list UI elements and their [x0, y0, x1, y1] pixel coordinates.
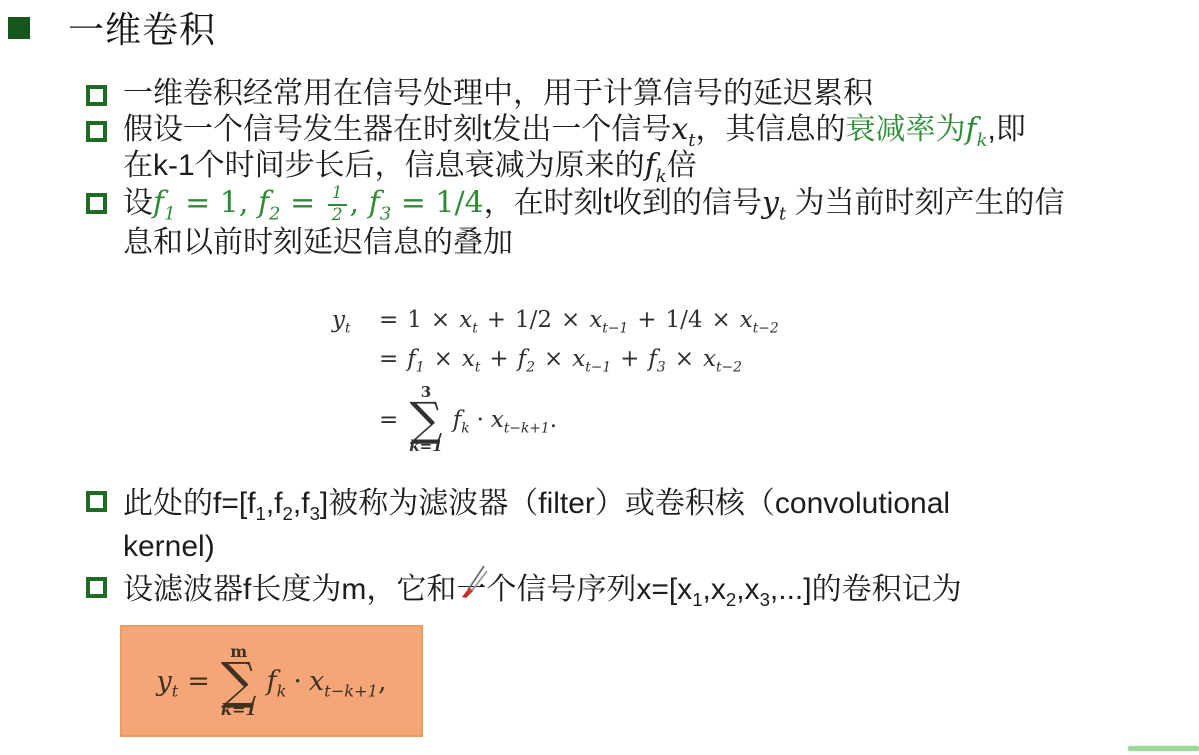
math-variable: x: [491, 407, 504, 433]
text-run: 设: [123, 186, 153, 219]
equals-sign: =: [187, 666, 210, 697]
bullet-item: 设f1 = 1, f2 = 12, f3 = 1/4，在时刻t收到的信号yt 为…: [86, 184, 1199, 261]
plus-sign: +: [637, 307, 656, 333]
math-subscript: 2: [269, 203, 280, 224]
math-term: xt−1: [572, 346, 611, 372]
equals-sign: =: [379, 407, 398, 433]
text-run: kernel): [123, 530, 215, 563]
text-run: ]被称为滤波器（filter）或卷积核（convolutional: [320, 487, 950, 520]
text-run: ,...]的卷积记为: [770, 573, 962, 606]
plus-sign: +: [487, 307, 506, 333]
page-title: 一维卷积: [68, 8, 216, 52]
sigma-icon: ∑: [221, 660, 257, 703]
sigma-icon: ∑: [410, 400, 443, 439]
equation-lhs: yt: [332, 307, 370, 333]
bullet-item: 设滤波器f长度为m，它和一个信号序列x=[x1,x2,x3,...]的卷积记为: [86, 568, 1199, 611]
text-run: 一维卷积经常用在信号处理中，用于计算信号的延迟累积: [123, 77, 873, 110]
bullet-text-line: 在k-1个时间步长后，信息衰减为原来的fk倍: [123, 148, 1026, 184]
math-variable: x: [703, 346, 716, 372]
math-variable: x: [459, 307, 472, 333]
plus-sign: +: [489, 346, 508, 372]
math-subscript: t−1: [602, 321, 628, 337]
text-run: ,即: [988, 113, 1026, 146]
bullet-text-line: 假设一个信号发生器在时刻t发出一个信号xt，其信息的衰减率为fk,即: [123, 112, 1026, 148]
math-variable: f: [258, 185, 269, 220]
bullet-text: 一维卷积经常用在信号处理中，用于计算信号的延迟累积: [123, 76, 873, 112]
bullet-square-icon: [86, 577, 107, 598]
bullet-text-line: 一维卷积经常用在信号处理中，用于计算信号的延迟累积: [123, 76, 873, 112]
math-variable: x: [572, 346, 585, 372]
math-subscript: t: [345, 321, 351, 337]
math-term: xt: [462, 346, 481, 372]
fraction: 12: [328, 184, 347, 225]
green-strip-decoration: [1128, 746, 1199, 751]
summation-lower-limit: k=1: [221, 702, 257, 718]
math-subscript: 3: [657, 360, 666, 376]
math-subscript: t−k+1: [324, 681, 378, 700]
math-variable: y: [332, 307, 345, 333]
text-run: 此处的f=[f: [123, 487, 256, 520]
equation-block: yt = 1 × xt + 1/2 × xt−1 + 1/4 × xt−2 = …: [332, 307, 1199, 454]
times-sign: ×: [711, 307, 730, 333]
math-term: f2: [518, 346, 535, 372]
text-subscript: 3: [760, 589, 770, 610]
summation-lower-limit: k=1: [409, 439, 442, 454]
equation-line-1: yt = 1 × xt + 1/2 × xt−1 + 1/4 × xt−2: [332, 307, 1199, 333]
title-bullet-square-icon: [8, 17, 30, 39]
math-variable: f: [518, 346, 527, 372]
bullet-text: 假设一个信号发生器在时刻t发出一个信号xt，其信息的衰减率为fk,即 在k-1个…: [123, 112, 1026, 184]
bullet-text: 设滤波器f长度为m，它和一个信号序列x=[x1,x2,x3,...]的卷积记为: [123, 568, 962, 611]
slide: 一维卷积 一维卷积经常用在信号处理中，用于计算信号的延迟累积 假设一个信号发生器…: [0, 0, 1199, 755]
math-variable: f: [407, 346, 416, 372]
math-subscript: t−2: [753, 321, 779, 337]
dot-operator: ·: [293, 666, 302, 697]
math-variable: x: [671, 112, 688, 147]
text-run: ，在时刻t收到的信号: [484, 186, 762, 219]
math-subscript: 2: [526, 360, 535, 376]
highlighted-formula-box: yt = m ∑ k=1 fk · xt−k+1 ,: [120, 625, 423, 737]
math-term: xt−2: [703, 346, 742, 372]
math-subscript: 1: [164, 203, 175, 224]
bullet-item: 假设一个信号发生器在时刻t发出一个信号xt，其信息的衰减率为fk,即 在k-1个…: [86, 112, 1199, 184]
math-variable: f: [645, 148, 656, 183]
math-subscript: 1: [416, 360, 425, 376]
math-variable: x: [740, 307, 753, 333]
times-sign: ×: [544, 346, 563, 372]
math-term: fk: [267, 666, 287, 697]
green-math-text: =: [281, 185, 325, 220]
math-variable: x: [462, 346, 475, 372]
pen-cursor-icon: [458, 561, 492, 599]
math-variable: x: [589, 307, 602, 333]
math-term: xt−2: [740, 307, 779, 333]
green-math-text: ,: [350, 185, 369, 220]
math-variable: f: [453, 407, 462, 433]
text-run: 倍: [667, 149, 697, 182]
text-run: ，其信息的: [696, 113, 846, 146]
times-sign: ×: [434, 346, 453, 372]
bullet-group-top: 一维卷积经常用在信号处理中，用于计算信号的延迟累积 假设一个信号发生器在时刻t发…: [86, 76, 1199, 261]
bullet-square-icon: [86, 193, 107, 214]
text-subscript: 3: [310, 503, 320, 524]
bullet-text-line: kernel): [123, 525, 950, 568]
text-run: ,x: [736, 573, 759, 606]
math-variable: f: [153, 185, 164, 220]
times-sign: ×: [431, 307, 450, 333]
math-term: xt: [459, 307, 478, 333]
math-variable: f: [369, 185, 380, 220]
math-variable: f: [966, 112, 977, 147]
math-term: fk: [453, 407, 470, 433]
plus-sign: +: [620, 346, 639, 372]
green-math-text: = 1/4: [391, 185, 484, 220]
bullet-square-icon: [86, 121, 107, 142]
bullet-text-line: 此处的f=[f1,f2,f3]被称为滤波器（filter）或卷积核（convol…: [123, 482, 950, 525]
text-subscript: 1: [692, 589, 702, 610]
bullet-text: 设f1 = 1, f2 = 12, f3 = 1/4，在时刻t收到的信号yt 为…: [123, 184, 1065, 261]
math-variable: y: [762, 185, 779, 220]
text-run: 设滤波器f长度为m，它和一个信号序列x=[x: [123, 573, 692, 606]
comma: ,: [378, 666, 387, 697]
bullet-item: 一维卷积经常用在信号处理中，用于计算信号的延迟累积: [86, 76, 1199, 112]
dot-operator: ·: [477, 407, 484, 433]
math-term: f1: [407, 346, 424, 372]
period: .: [550, 407, 557, 433]
times-sign: ×: [561, 307, 580, 333]
title-row: 一维卷积: [0, 0, 1199, 52]
text-run: 为当前时刻产生的信: [786, 186, 1064, 219]
green-highlight-text: 衰减率为: [846, 113, 966, 146]
math-number: 1/2: [515, 307, 552, 333]
summation-symbol: m ∑ k=1: [221, 644, 257, 719]
bullet-square-icon: [86, 85, 107, 106]
green-math-text: = 1,: [176, 185, 258, 220]
summation-symbol: 3 ∑ k=1: [409, 385, 442, 454]
text-run: 在k-1个时间步长后，信息衰减为原来的: [123, 149, 645, 182]
math-subscript: k: [977, 130, 988, 151]
text-run: ,f: [293, 487, 310, 520]
math-subscript: t: [472, 321, 478, 337]
math-subscript: t: [475, 360, 481, 376]
math-number: 1: [407, 307, 422, 333]
math-variable: x: [309, 666, 324, 697]
text-run: 息和以前时刻延迟信息的叠加: [123, 226, 513, 259]
math-term: yt: [156, 666, 178, 697]
math-subscript: 3: [380, 203, 391, 224]
math-number: 1/4: [665, 307, 702, 333]
bullet-text: 此处的f=[f1,f2,f3]被称为滤波器（filter）或卷积核（convol…: [123, 482, 950, 568]
math-subscript: k: [461, 420, 469, 436]
bullet-text-line: 设f1 = 1, f2 = 12, f3 = 1/4，在时刻t收到的信号yt 为…: [123, 184, 1065, 225]
math-subscript: t−k+1: [504, 420, 550, 436]
bullet-group-bottom: 此处的f=[f1,f2,f3]被称为滤波器（filter）或卷积核（convol…: [86, 482, 1199, 611]
equals-sign: =: [379, 346, 398, 372]
text-subscript: 2: [283, 503, 293, 524]
math-term: f3: [648, 346, 665, 372]
math-term: xt−k+1: [491, 407, 550, 433]
math-variable: f: [648, 346, 657, 372]
bullet-text-line: 设滤波器f长度为m，它和一个信号序列x=[x1,x2,x3,...]的卷积记为: [123, 568, 962, 611]
fraction-numerator: 1: [332, 184, 343, 204]
text-subscript: 1: [256, 503, 266, 524]
math-variable: y: [156, 666, 171, 697]
text-run: ,f: [266, 487, 283, 520]
equation-line-2: = f1 × xt + f2 × xt−1 + f3 × xt−2: [332, 346, 1199, 372]
math-subscript: t−2: [716, 360, 742, 376]
equation-line-3: = 3 ∑ k=1 fk · xt−k+1 .: [332, 385, 1199, 454]
math-subscript: t−1: [585, 360, 611, 376]
text-subscript: 2: [726, 589, 736, 610]
bullet-text-line: 息和以前时刻延迟信息的叠加: [123, 225, 1065, 261]
equals-sign: =: [379, 307, 398, 333]
math-term: xt−1: [589, 307, 628, 333]
bullet-item: 此处的f=[f1,f2,f3]被称为滤波器（filter）或卷积核（convol…: [86, 482, 1199, 568]
math-variable: f: [267, 666, 277, 697]
fraction-denominator: 2: [328, 204, 347, 226]
math-subscript: k: [277, 681, 287, 700]
math-subscript: t: [172, 681, 179, 700]
bullet-square-icon: [86, 491, 107, 512]
math-term: xt−k+1: [309, 666, 378, 697]
text-run: ,x: [703, 573, 726, 606]
text-run: 假设一个信号发生器在时刻t发出一个信号: [123, 113, 671, 146]
times-sign: ×: [675, 346, 694, 372]
